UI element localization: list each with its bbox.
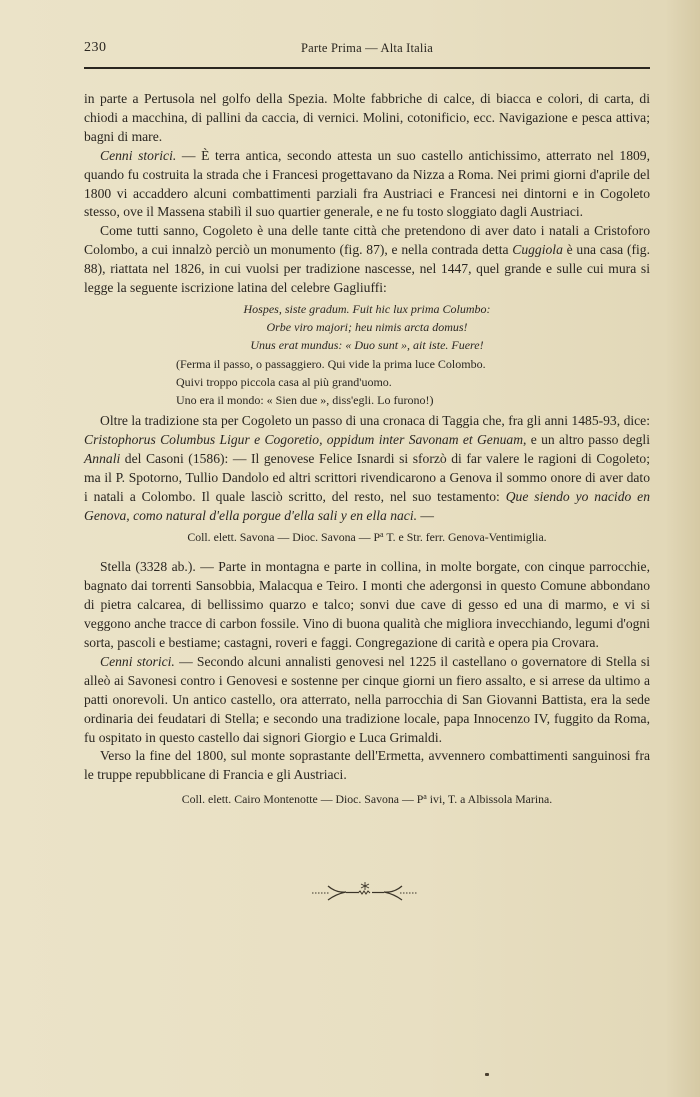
stella-admin-note: Coll. elett. Cairo Montenotte — Dioc. Sa… bbox=[84, 788, 650, 808]
translation-line: (Ferma il passo, o passaggiero. Qui vide… bbox=[176, 355, 650, 373]
text: (3328 ab.). — Parte in montagna e parte … bbox=[84, 559, 650, 650]
header-rule bbox=[84, 67, 650, 69]
running-header: 230 Parte Prima — Alta Italia bbox=[84, 40, 650, 60]
text: Coll. elett. Cairo Montenotte — Dioc. Sa… bbox=[182, 792, 423, 806]
cogoleto-cenni-storici: Cenni storici. — È terra antica, secondo… bbox=[84, 147, 650, 223]
cogoleto-paragraph-1: in parte a Pertusola nel golfo della Spe… bbox=[84, 90, 650, 147]
text: in parte a Pertusola nel golfo della Spe… bbox=[84, 91, 650, 144]
italian-translation: (Ferma il passo, o passaggiero. Qui vide… bbox=[176, 355, 650, 409]
stella-paragraph-3: Verso la fine del 1800, sul monte sopras… bbox=[84, 747, 650, 785]
entry-name: Stella bbox=[100, 559, 131, 574]
text: Verso la fine del 1800, sul monte sopras… bbox=[84, 748, 650, 782]
text: T. e Str. ferr. Genova-Ventimiglia. bbox=[384, 530, 547, 544]
cogoleto-paragraph-colombo: Come tutti sanno, Cogoleto è una delle t… bbox=[84, 222, 650, 298]
text: — bbox=[417, 508, 434, 523]
stella-paragraph-1: Stella (3328 ab.). — Parte in montagna e… bbox=[84, 558, 650, 653]
italic-title: Annali bbox=[84, 451, 120, 466]
cogoleto-paragraph-tradizione: Oltre la tradizione sta per Cogoleto un … bbox=[84, 412, 650, 525]
inscription-line: Unus erat mundus: « Duo sunt », ait iste… bbox=[84, 336, 650, 354]
translation-line: Uno era il mondo: « Sien due », diss'egl… bbox=[176, 391, 650, 409]
text: Coll. elett. Savona — Dioc. Savona — P bbox=[187, 530, 380, 544]
translation-line: Quivi troppo piccola casa al più grand'u… bbox=[176, 373, 650, 391]
running-title: Parte Prima — Alta Italia bbox=[84, 41, 650, 56]
page-body: in parte a Pertusola nel golfo della Spe… bbox=[84, 90, 650, 820]
paper-speck bbox=[485, 1073, 489, 1076]
text: ivi, T. a Albissola Marina. bbox=[427, 792, 552, 806]
italic-quote: Cristophorus Columbus Ligur e Cogoretio,… bbox=[84, 432, 523, 447]
text: Oltre la tradizione sta per Cogoleto un … bbox=[100, 413, 650, 428]
section-label: Cenni storici. bbox=[100, 654, 175, 669]
section-label: Cenni storici. bbox=[100, 148, 176, 163]
stella-cenni-storici: Cenni storici. — Secondo alcuni annalist… bbox=[84, 653, 650, 748]
latin-inscription: Hospes, siste gradum. Fuit hic lux prima… bbox=[84, 300, 650, 354]
cogoleto-admin-note: Coll. elett. Savona — Dioc. Savona — Pa … bbox=[84, 526, 650, 546]
text: , e un altro passo degli bbox=[523, 432, 650, 447]
italic-term: Cuggiola bbox=[512, 242, 563, 257]
inscription-line: Hospes, siste gradum. Fuit hic lux prima… bbox=[84, 300, 650, 318]
inscription-line: Orbe viro majori; heu nimis arcta domus! bbox=[84, 318, 650, 336]
tailpiece-ornament-icon bbox=[310, 880, 420, 902]
